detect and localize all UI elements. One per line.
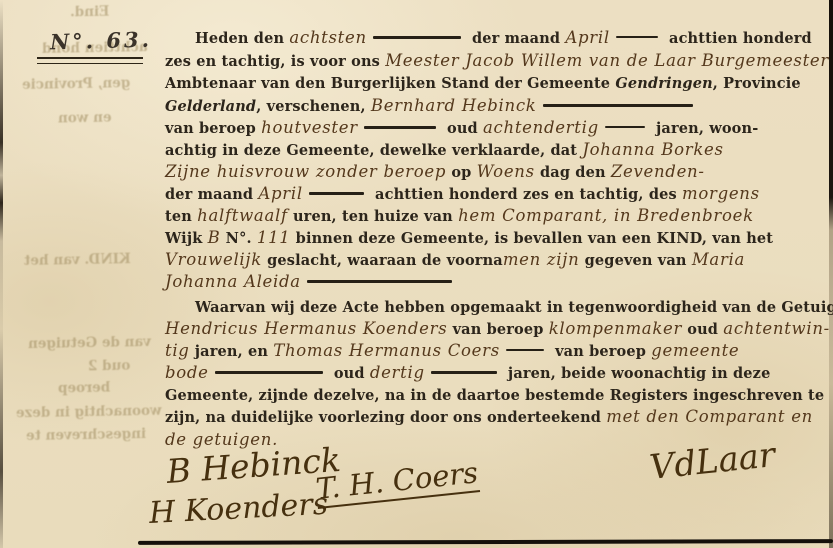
document-line: Zijne huisvrouw zonder beroep op Woens d…	[165, 162, 705, 184]
printed-text: dag den	[535, 164, 611, 181]
printed-text: gegeven van	[579, 252, 691, 269]
bleedthrough-text: en won	[58, 110, 112, 127]
printed-text: geslacht, waaraan de voorna	[262, 252, 503, 269]
document-line: tig jaren, en Thomas Hermanus Coers van …	[165, 341, 739, 363]
handwritten-text: Woens	[477, 162, 535, 181]
printed-text: jaren, beide woonachtig in deze	[503, 365, 771, 382]
handwritten-text: morgens	[682, 184, 760, 203]
printed-text: , Provincie	[713, 75, 801, 92]
handwritten-text: Thomas Hermanus Coers	[273, 341, 500, 360]
bleedthrough-text: ingeschreven te	[26, 426, 146, 444]
document-line: Ambtenaar van den Burgerlijken Stand der…	[165, 73, 801, 95]
printed-text: zes en tachtig, is voor ons	[165, 53, 385, 70]
printed-text: achttien honderd	[664, 30, 812, 47]
dash-filler	[605, 126, 645, 128]
bleedthrough-text: gen, Provincie	[22, 75, 131, 93]
printed-text: Waarvan wij deze Acte hebben opgemaakt i…	[195, 299, 833, 316]
handwritten-text: dertig	[370, 363, 425, 382]
printed-text: achttien honderd zes en tachtig, des	[370, 186, 682, 203]
printed-text: achtig in deze Gemeente, dewelke verklaa…	[165, 142, 582, 159]
document-line: der maand April achttien honderd zes en …	[165, 184, 760, 206]
handwritten-text: hem Comparant, in Bredenbroek	[458, 206, 754, 225]
bleedthrough-text: Eind.	[70, 4, 110, 21]
document-line: zes en tachtig, is voor ons Meester Jaco…	[165, 51, 829, 73]
printed-text: , verschenen,	[256, 98, 371, 115]
printed-text: oud	[329, 365, 370, 382]
printed-text: N°.	[220, 230, 256, 247]
handwritten-text: houtvester	[261, 118, 358, 137]
handwritten-text: B	[208, 228, 221, 247]
printed-text: van beroep	[165, 120, 261, 137]
handwritten-text: bode	[165, 363, 209, 382]
signature-koenders: H Koenders	[148, 487, 329, 531]
dash-filler	[506, 349, 544, 351]
dash-filler	[431, 371, 497, 374]
handwritten-text: halftwaalf	[197, 206, 288, 225]
printed-text: oud	[682, 321, 723, 338]
printed-text: der maand	[165, 186, 258, 203]
printed-text: uren, ten huize van	[288, 208, 458, 225]
printed-text: Ambtenaar van den Burgerlijken Stand der…	[165, 75, 615, 92]
document-line: Johanna Aleida	[165, 272, 458, 294]
document-line: zijn, na duidelijke voorlezing door ons …	[165, 407, 813, 429]
handwritten-text: Johanna Aleida	[165, 272, 301, 291]
printed-text: van beroep	[447, 321, 548, 338]
dash-filler	[307, 280, 452, 283]
handwritten-text: klompenmaker	[549, 319, 682, 338]
printed-text: oud	[442, 120, 483, 137]
printed-text: op	[446, 164, 477, 181]
handwritten-text: achtendertig	[483, 118, 599, 137]
handwritten-text: Zevenden-	[611, 162, 705, 181]
handwritten-text: achtsten	[289, 28, 366, 47]
document-line: Hendricus Hermanus Koenders van beroep k…	[165, 319, 830, 341]
act-separator-rule	[138, 539, 833, 545]
dash-filler	[373, 36, 461, 39]
handwritten-text: Hendricus Hermanus Koenders	[165, 319, 447, 338]
document-line: Waarvan wij deze Acte hebben opgemaakt i…	[195, 297, 833, 319]
handwritten-text: Bernhard Hebinck	[371, 96, 537, 115]
handwritten-text: Johanna Borkes	[582, 140, 723, 159]
document-line: Heden den achtsten der maand April achtt…	[195, 28, 812, 50]
handwritten-text: tig	[165, 341, 190, 360]
dash-filler	[616, 36, 658, 38]
handwritten-text: met den Comparant en	[606, 407, 813, 426]
printed-text: der maand	[467, 30, 566, 47]
handwritten-text: Vrouwelijk	[165, 250, 262, 269]
dash-filler	[543, 104, 693, 107]
handwritten-text: Zijne huisvrouw zonder beroep	[165, 162, 446, 181]
document-line: Wijk B N°. 111 binnen deze Gemeente, is …	[165, 228, 773, 250]
document-line: Gemeente, zijnde dezelve, na in de daart…	[165, 385, 824, 407]
act-number-rule	[37, 57, 143, 64]
printed-text: ten	[165, 208, 197, 225]
printed-text: zijn, na duidelijke voorlezing door ons …	[165, 409, 606, 426]
handwritten-text: April	[258, 184, 302, 203]
printed-italic-text: Gendringen	[615, 75, 712, 92]
printed-text: Heden den	[195, 30, 289, 47]
printed-text: Wijk	[165, 230, 208, 247]
bleedthrough-text: woonachtig in deze	[16, 403, 162, 422]
handwritten-text: Maria	[692, 250, 745, 269]
printed-italic-text: Gelderland	[165, 98, 256, 115]
dash-filler	[215, 371, 323, 374]
document-line: van beroep houtvester oud achtendertig j…	[165, 118, 758, 140]
document-line: ten halftwaalf uren, ten huize van hem C…	[165, 206, 754, 228]
bleedthrough-text: oud 2	[88, 358, 131, 375]
page-edge-left	[0, 0, 3, 548]
printed-text: jaren, woon-	[651, 120, 759, 137]
dash-filler	[309, 192, 364, 195]
dash-filler	[364, 126, 436, 129]
handwritten-text: men zijn	[503, 250, 580, 269]
handwritten-text: Meester Jacob Willem van de Laar Burgeme…	[385, 51, 829, 70]
handwritten-text: achtentwin-	[723, 319, 830, 338]
printed-text: van beroep	[550, 343, 651, 360]
handwritten-text: April	[565, 28, 609, 47]
document-line: Vrouwelijk geslacht, waaraan de voorname…	[165, 250, 745, 272]
birth-certificate-scan: Eind.achttien hondgen, Provincieen wonKI…	[0, 0, 833, 548]
printed-text: binnen deze Gemeente, is bevallen van ee…	[290, 230, 773, 247]
bleedthrough-text: KIND. van het	[24, 251, 131, 269]
signature-vandelaar: VdLaar	[648, 435, 777, 488]
bleedthrough-text: beroep	[58, 380, 110, 397]
printed-text: jaren, en	[190, 343, 274, 360]
page-edge-right	[829, 0, 833, 548]
document-line: bode oud dertig jaren, beide woonachtig …	[165, 363, 770, 385]
handwritten-text: 111	[257, 228, 291, 247]
printed-text: Gemeente, zijnde dezelve, na in de daart…	[165, 387, 824, 404]
act-number: N°. 63.	[50, 27, 152, 55]
document-line: achtig in deze Gemeente, dewelke verklaa…	[165, 140, 724, 162]
handwritten-text: gemeente	[651, 341, 739, 360]
document-line: Gelderland, verschenen, Bernhard Hebinck	[165, 96, 699, 118]
bleedthrough-text: van de Getuigen	[28, 334, 151, 352]
